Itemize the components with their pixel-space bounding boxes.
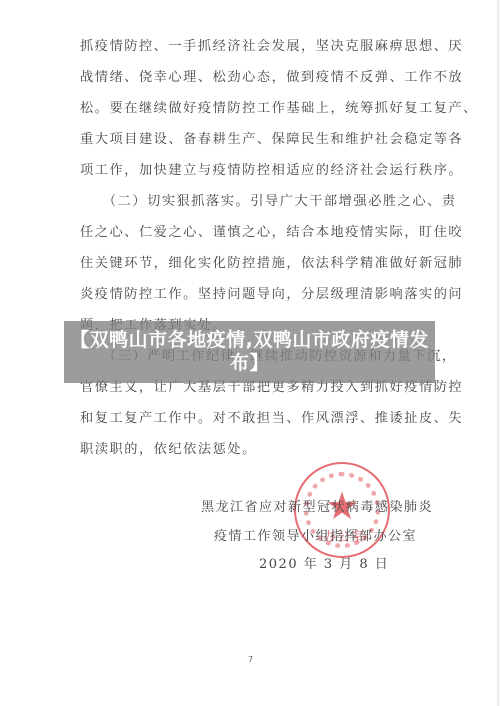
paragraph-line: 炎疫情防控工作。坚持问题导向，分层级理清影响落实的问	[80, 284, 463, 306]
paragraph-line: 重大项目建设、备春耕生产、保障民生和维护社会稳定等各	[80, 129, 463, 151]
page-number: 7	[248, 655, 253, 664]
signature-date: 2020 年 3 月 8 日	[259, 555, 389, 575]
title-overlay-banner: 【双鸭山市各地疫情,双鸭山市政府疫情发布】	[64, 321, 435, 383]
paragraph-line: 任之心、仁爱之心、谨慎之心，结合本地疫情实际，盯住咬	[80, 222, 463, 244]
paragraph-line: 住关键环节，细化实化防控措施，依法科学精准做好新冠肺	[80, 253, 463, 275]
page-edge-divider	[497, 0, 499, 706]
paragraph-line: 项工作，加快建立与疫情防控相适应的经济社会运行秩序。	[80, 160, 463, 182]
paragraph-line: 松。要在继续做好疫情防控工作基础上，统筹抓好复工复产、	[80, 98, 478, 120]
paragraph-line: 和复工复产工作中。对不敢担当、作风漂浮、推诿扯皮、失	[80, 408, 463, 430]
paragraph-line: 抓疫情防控、一手抓经济社会发展，坚决克服麻痹思想、厌	[80, 36, 463, 58]
signature-org-line1: 黑龙江省应对新型冠状病毒感染肺炎	[201, 498, 433, 518]
signature-org-line2: 疫情工作领导小组指挥部办公室	[214, 527, 417, 547]
paragraph-line: 职渎职的，依纪依法惩处。	[80, 439, 257, 461]
section-heading-line: （二）切实狠抓落实。引导广大干部增强必胜之心、责	[80, 191, 457, 213]
overlay-title: 【双鸭山市各地疫情,双鸭山市政府疫情发布】	[70, 329, 429, 374]
paragraph-line: 战情绪、侥幸心理、松劲心态，做到疫情不反弹、工作不放	[80, 67, 463, 89]
